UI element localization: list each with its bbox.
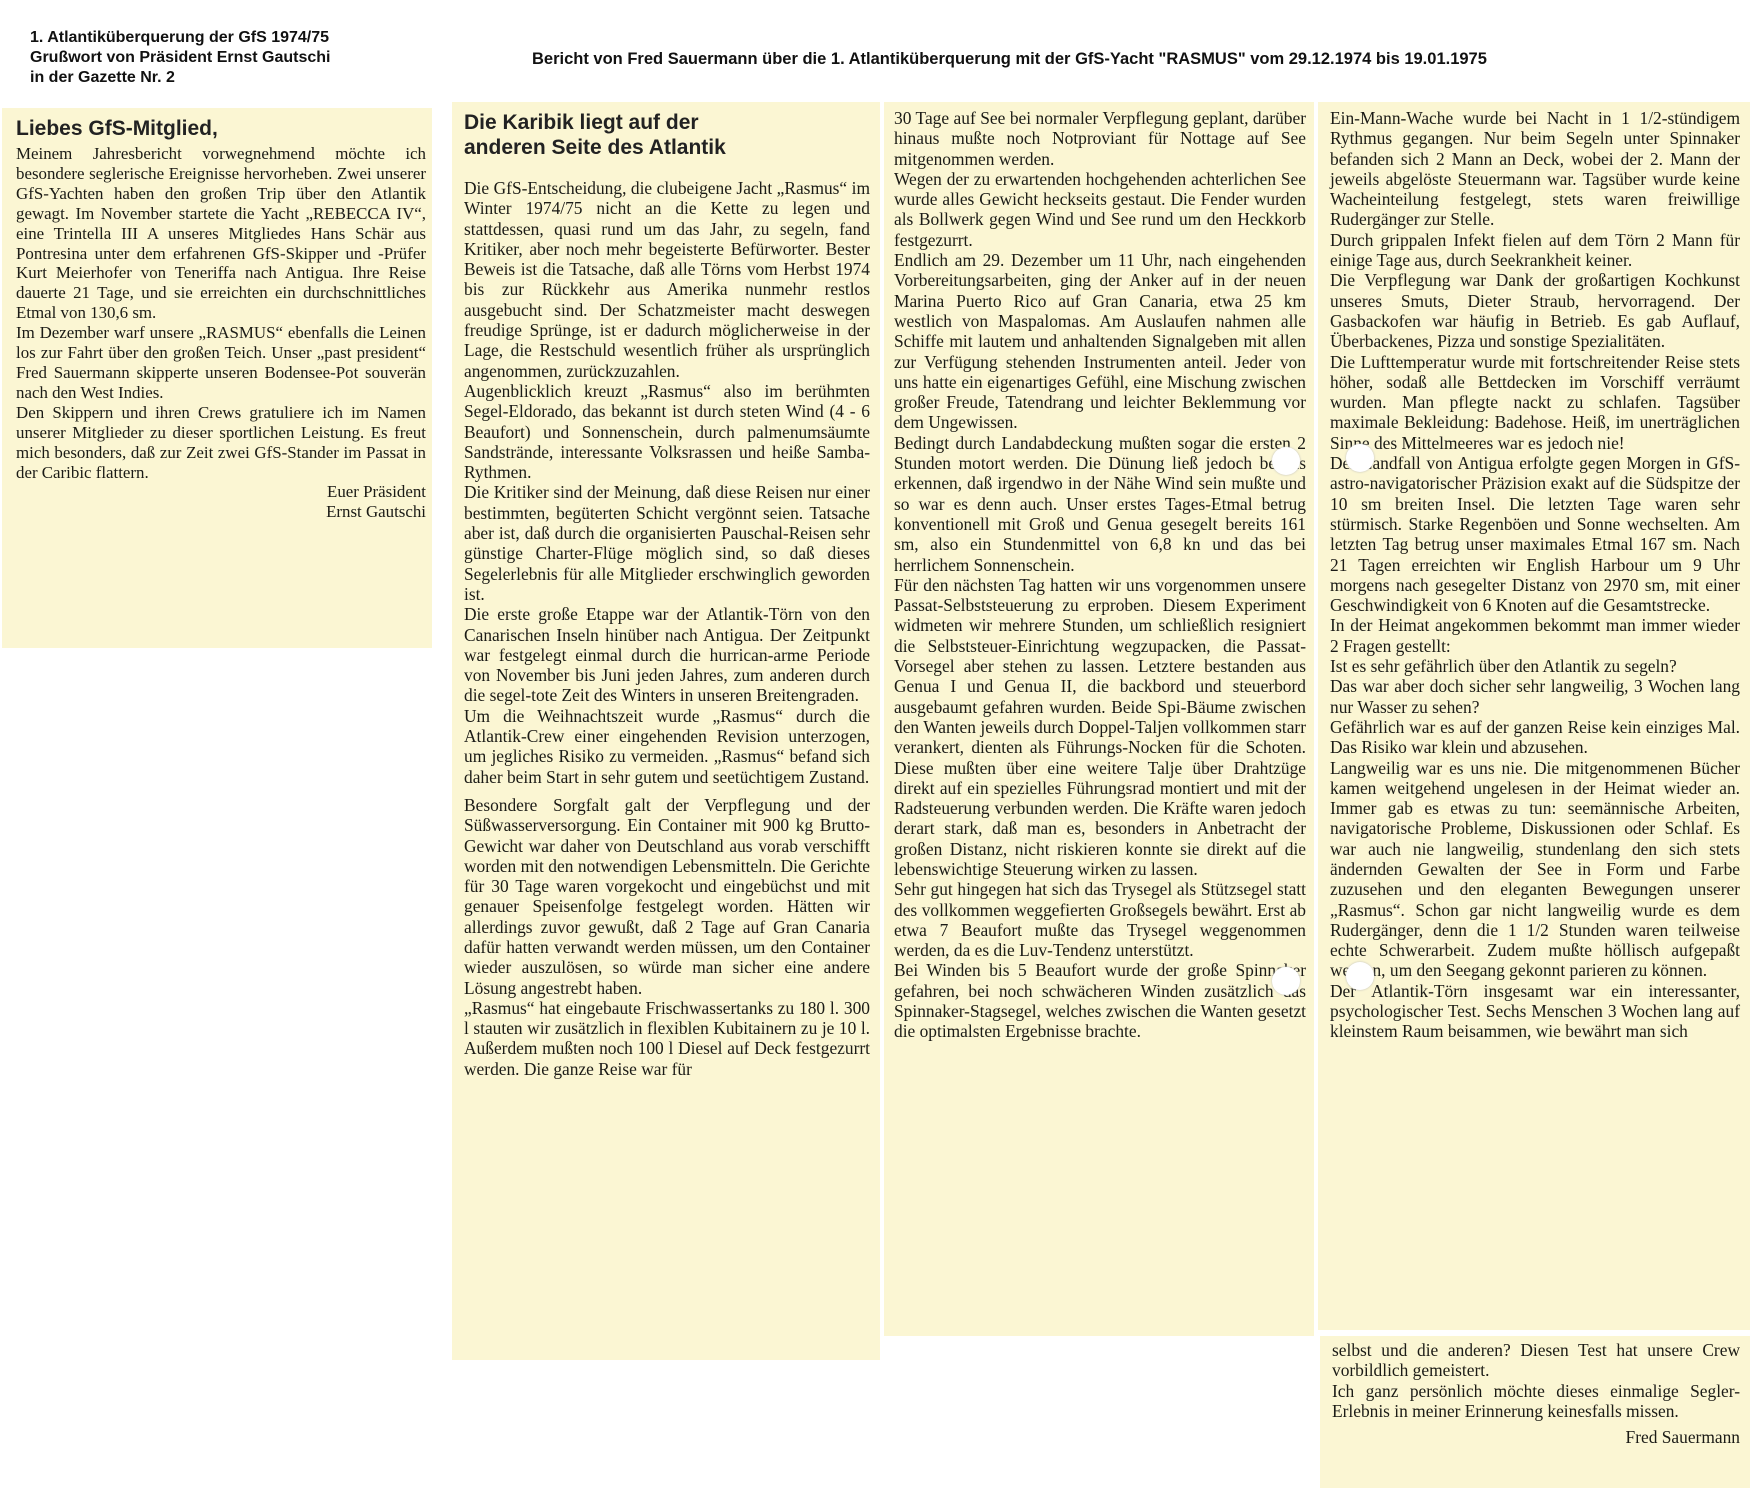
punch-hole — [1272, 447, 1300, 475]
article-paragraph: Die Lufttemperatur wurde mit fortschreit… — [1330, 352, 1740, 453]
article-paragraph: Endlich am 29. Dezember um 11 Uhr, nach … — [894, 250, 1306, 433]
article-column-2: 30 Tage auf See bei normaler Verpflegung… — [884, 102, 1314, 1336]
article-paragraph: Für den nächsten Tag hatten wir uns vorg… — [894, 575, 1306, 879]
article-paragraph: Gefährlich war es auf der ganzen Reise k… — [1330, 717, 1740, 758]
greeting-signature-name: Ernst Gautschi — [16, 502, 426, 522]
article-paragraph: Sehr gut hingegen hat sich das Trysegel … — [894, 879, 1306, 960]
article-paragraph: Wegen der zu erwartenden hochgehenden ac… — [894, 169, 1306, 250]
article-paragraph: Durch grippalen Infekt fielen auf dem Tö… — [1330, 230, 1740, 271]
greeting-paragraph: Den Skippern und ihren Crews gratuliere … — [16, 403, 426, 483]
article-headline: Die Karibik liegt auf der anderen Seite … — [464, 110, 870, 160]
article-paragraph: Ein-Mann-Wache wurde bei Nacht in 1 1/2-… — [1330, 108, 1740, 230]
article-column-1: Die Karibik liegt auf der anderen Seite … — [452, 102, 880, 1360]
article-headline-line-1: Die Karibik liegt auf der — [464, 110, 870, 135]
article-paragraph: Ich ganz persönlich möchte dieses einmal… — [1332, 1381, 1740, 1422]
article-column-3: Ein-Mann-Wache wurde bei Nacht in 1 1/2-… — [1318, 102, 1750, 1330]
article-paragraph: Bedingt durch Landabdeckung mußten sogar… — [894, 433, 1306, 575]
article-paragraph: Um die Weihnachtszeit wurde „Rasmus“ dur… — [464, 706, 870, 787]
greeting-signature-title: Euer Präsident — [16, 482, 426, 502]
article-paragraph: Die Verpflegung war Dank der großartigen… — [1330, 270, 1740, 351]
article-paragraph: 30 Tage auf See bei normaler Verpflegung… — [894, 108, 1306, 169]
punch-hole — [1346, 962, 1374, 990]
article-paragraph: Augenblicklich kreuzt „Rasmus“ also im b… — [464, 381, 870, 482]
header-left-line-1: 1. Atlantiküberquerung der GfS 1974/75 — [30, 28, 331, 48]
greeting-paragraph: Meinem Jahresbericht vorwegnehmend möcht… — [16, 144, 426, 323]
article-paragraph: Bei Winden bis 5 Beaufort wurde der groß… — [894, 960, 1306, 1041]
article-headline-line-2: anderen Seite des Atlantik — [464, 135, 870, 160]
article-paragraph: selbst und die anderen? Diesen Test hat … — [1332, 1340, 1740, 1381]
article-paragraph: „Rasmus“ hat eingebaute Frischwassertank… — [464, 998, 870, 1079]
article-column-4: selbst und die anderen? Diesen Test hat … — [1320, 1336, 1750, 1488]
article-paragraph: Der Atlantik-Törn insgesamt war ein inte… — [1330, 981, 1740, 1042]
article-paragraph: In der Heimat angekommen bekommt man imm… — [1330, 615, 1740, 656]
greeting-paragraph: Im Dezember warf unsere „RASMUS“ ebenfal… — [16, 323, 426, 403]
header-left: 1. Atlantiküberquerung der GfS 1974/75 G… — [30, 28, 331, 88]
article-paragraph: Die erste große Etappe war der Atlantik-… — [464, 604, 870, 705]
article-paragraph: Die GfS-Entscheidung, die clubeigene Jac… — [464, 178, 870, 381]
article-paragraph: Besondere Sorgfalt galt der Verpflegung … — [464, 795, 870, 998]
greeting-heading: Liebes GfS-Mitglied, — [16, 116, 426, 142]
header-left-line-3: in der Gazette Nr. 2 — [30, 68, 331, 88]
punch-hole — [1272, 967, 1300, 995]
article-paragraph: Der Landfall von Antigua erfolgte gegen … — [1330, 453, 1740, 615]
punch-hole — [1346, 444, 1374, 472]
header-left-line-2: Grußwort von Präsident Ernst Gautschi — [30, 48, 331, 68]
article-signature: Fred Sauermann — [1332, 1427, 1740, 1447]
article-paragraph: Ist es sehr gefährlich über den Atlantik… — [1330, 656, 1740, 676]
article-paragraph: Das war aber doch sicher sehr langweilig… — [1330, 676, 1740, 717]
report-title: Bericht von Fred Sauermann über die 1. A… — [532, 50, 1487, 69]
article-paragraph: Langweilig war es uns nie. Die mitgenomm… — [1330, 758, 1740, 981]
greeting-clipping: Liebes GfS-Mitglied, Meinem Jahresberich… — [2, 108, 432, 648]
article-paragraph: Die Kritiker sind der Meinung, daß diese… — [464, 482, 870, 604]
